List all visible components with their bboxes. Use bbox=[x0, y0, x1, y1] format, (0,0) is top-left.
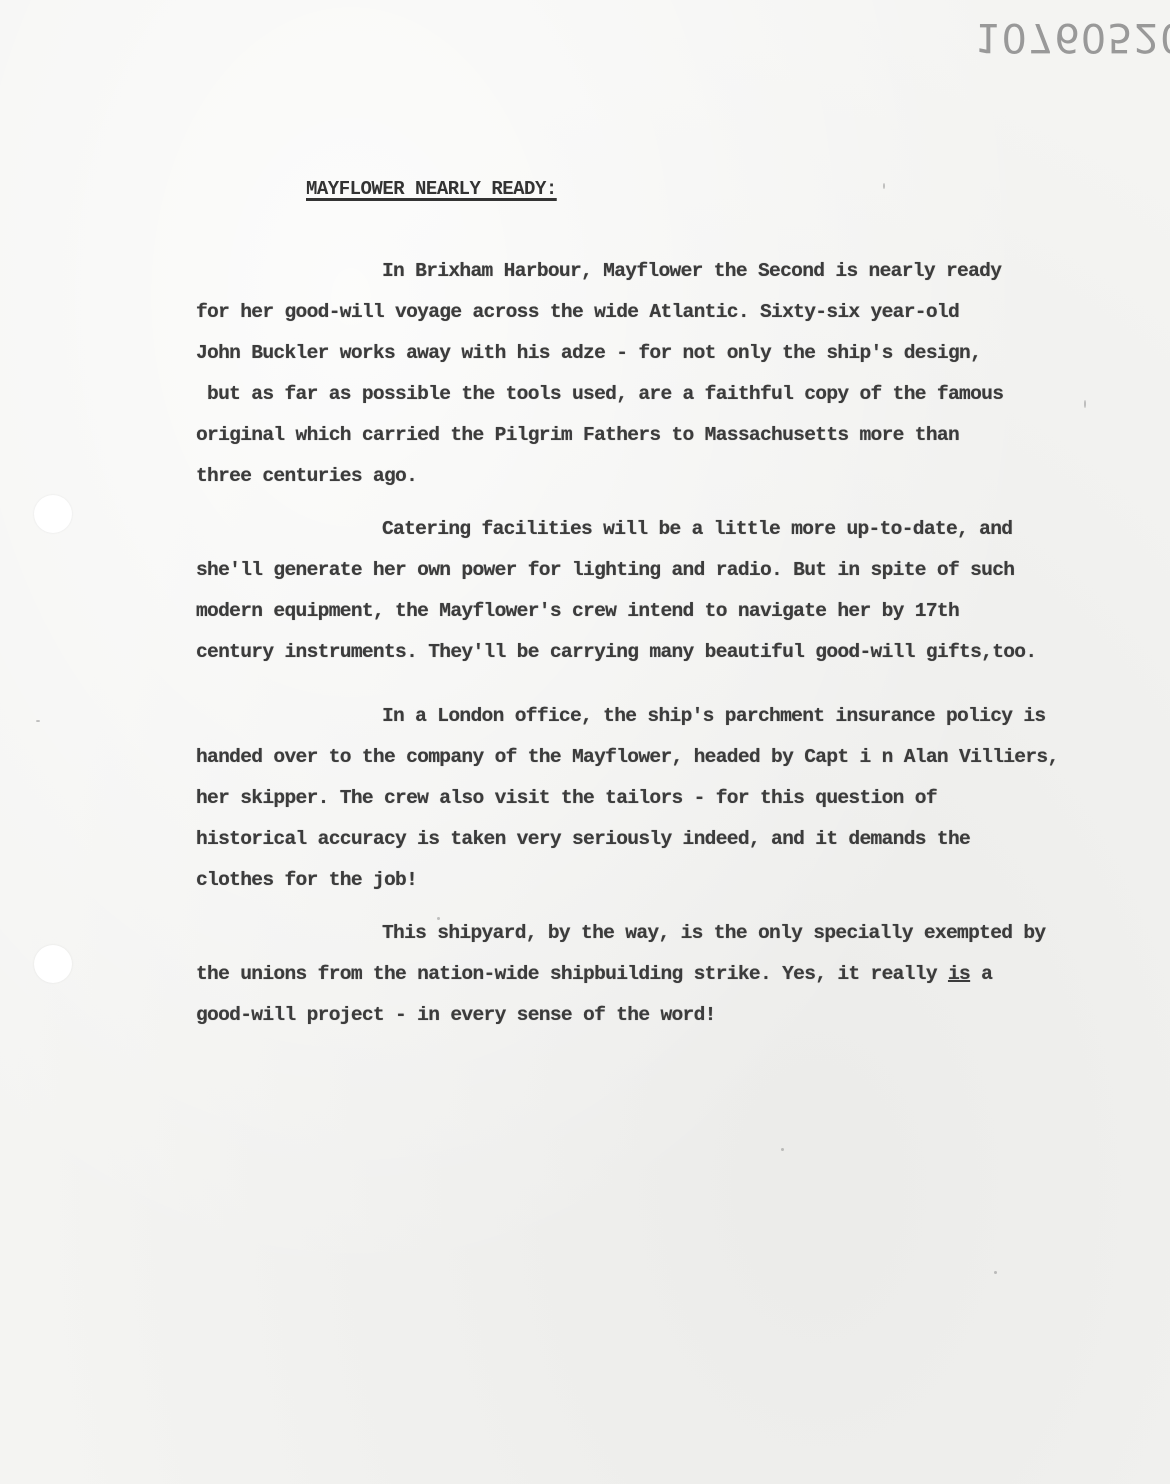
paragraph-london-office: In a London office, the ship's parchment… bbox=[196, 696, 1156, 901]
text-line: good-will project - in every sense of th… bbox=[196, 995, 1156, 1036]
text-line: modern equipment, the Mayflower's crew i… bbox=[196, 591, 1156, 632]
paper-speck bbox=[781, 1148, 784, 1151]
paragraph-catering: Catering facilities will be a little mor… bbox=[196, 509, 1156, 673]
document-title: MAYFLOWER NEARLY READY: bbox=[306, 178, 557, 200]
text-segment: the unions from the nation-wide shipbuil… bbox=[196, 963, 948, 985]
text-line: John Buckler works away with his adze - … bbox=[196, 333, 1156, 374]
text-line: This shipyard, by the way, is the only s… bbox=[196, 913, 1156, 954]
text-line: original which carried the Pilgrim Fathe… bbox=[196, 415, 1156, 456]
paper-speck bbox=[1084, 400, 1086, 408]
text-line: she'll generate her own power for lighti… bbox=[196, 550, 1156, 591]
text-line: In Brixham Harbour, Mayflower the Second… bbox=[196, 251, 1156, 292]
handwritten-reference-number: 10760520 bbox=[975, 14, 1170, 60]
text-line: three centuries ago. bbox=[196, 456, 1156, 497]
document-page: 10760520 MAYFLOWER NEARLY READY: In Brix… bbox=[0, 0, 1170, 1484]
paragraph-brixham: In Brixham Harbour, Mayflower the Second… bbox=[196, 251, 1156, 497]
text-line: historical accuracy is taken very seriou… bbox=[196, 819, 1156, 860]
text-line: but as far as possible the tools used, a… bbox=[196, 374, 1156, 415]
punch-hole bbox=[34, 495, 72, 533]
text-line: Catering facilities will be a little mor… bbox=[196, 509, 1156, 550]
punch-hole bbox=[34, 945, 72, 983]
paragraph-shipyard: This shipyard, by the way, is the only s… bbox=[196, 913, 1156, 1036]
underlined-emphasis: is bbox=[948, 963, 970, 985]
text-line-with-emphasis: the unions from the nation-wide shipbuil… bbox=[196, 954, 1156, 995]
text-line: for her good-will voyage across the wide… bbox=[196, 292, 1156, 333]
text-line: handed over to the company of the Mayflo… bbox=[196, 737, 1156, 778]
text-segment: a bbox=[970, 963, 992, 985]
text-line: century instruments. They'll be carrying… bbox=[196, 632, 1156, 673]
text-line: In a London office, the ship's parchment… bbox=[196, 696, 1156, 737]
paper-speck bbox=[36, 720, 40, 722]
paper-speck bbox=[883, 183, 885, 189]
text-line: clothes for the job! bbox=[196, 860, 1156, 901]
paper-speck bbox=[437, 917, 440, 920]
paper-speck bbox=[994, 1271, 997, 1274]
text-line: her skipper. The crew also visit the tai… bbox=[196, 778, 1156, 819]
